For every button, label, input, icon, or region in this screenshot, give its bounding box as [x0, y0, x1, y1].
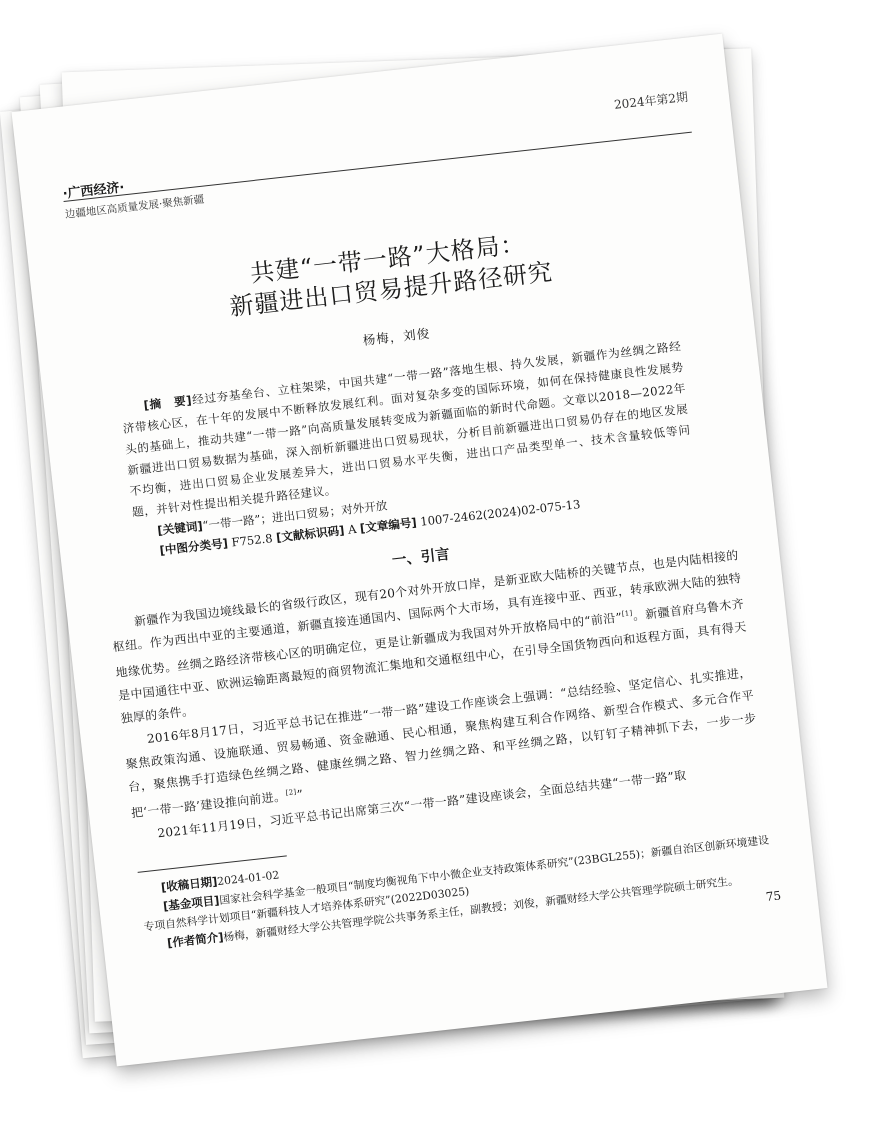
citation-2: [2] — [285, 788, 297, 797]
doc-code-label: [文献标识码] — [275, 523, 345, 544]
page-content: 2024年第2期 ·广西经济· 边疆地区高质量发展·聚焦新疆 共建“一带一路”大… — [59, 88, 775, 956]
article-no-label: [文章编号] — [359, 515, 417, 535]
page-number: 75 — [765, 888, 782, 904]
keywords-label: [关键词] — [157, 519, 204, 538]
journal-page: 2024年第2期 ·广西经济· 边疆地区高质量发展·聚焦新疆 共建“一带一路”大… — [11, 34, 827, 1067]
issue-label: 2024年第2期 — [613, 88, 689, 113]
doc-code-value: A — [347, 522, 357, 537]
fund-label: [基金项目] — [162, 893, 220, 913]
clc-value: F752.8 — [231, 531, 274, 549]
running-head: 2024年第2期 ·广西经济· 边疆地区高质量发展·聚焦新疆 — [59, 88, 695, 229]
paragraph-2-tail: ” — [296, 787, 304, 802]
abstract-label: [摘 要] — [143, 393, 193, 412]
author-bio-label: [作者简介] — [166, 930, 224, 950]
header-rule — [64, 132, 692, 202]
clc-label: [中图分类号] — [159, 536, 229, 557]
